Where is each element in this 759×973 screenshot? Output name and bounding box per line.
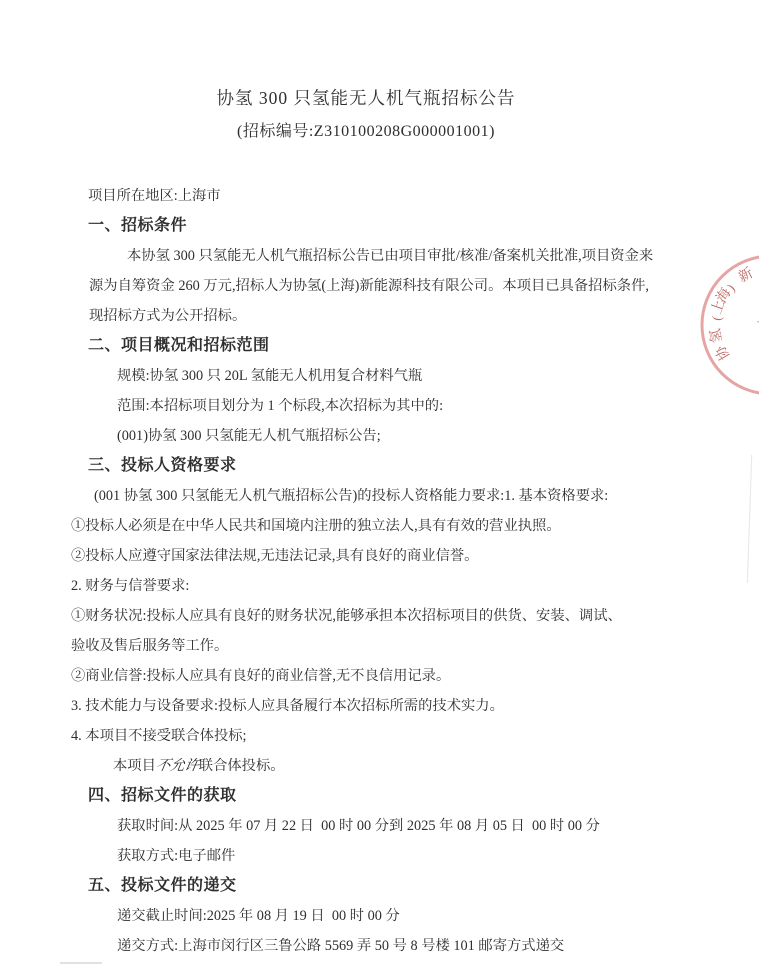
consortium-note-italic: 不允许	[153, 751, 201, 781]
scope-line: 范围:本招标项目划分为 1 个标段,本次招标为其中的:	[71, 391, 671, 421]
section-1-heading: 一、招标条件	[71, 211, 671, 241]
lot-line: (001)协氢 300 只氢能无人机气瓶招标公告;	[71, 421, 671, 451]
star-icon: ★	[754, 305, 759, 347]
consortium-note-suffix: 联合体投标。	[199, 758, 285, 774]
seal-char: 氢	[707, 327, 725, 344]
document-body: 项目所在地区:上海市 一、招标条件 本协氢 300 只氢能无人机气瓶招标公告已由…	[71, 181, 671, 961]
finance-requirement-heading: 2. 财务与信誉要求:	[71, 571, 671, 601]
page-title: 协氢 300 只氢能无人机气瓶招标公告	[71, 82, 661, 115]
section-4-heading: 四、招标文件的获取	[71, 781, 671, 811]
finance-requirement-1-line-2: 验收及售后服务等工作。	[71, 631, 671, 661]
basic-requirement-2: ②投标人应遵守国家法律法规,无违法记录,具有良好的商业信誉。	[71, 541, 671, 571]
region-line: 项目所在地区:上海市	[71, 181, 671, 211]
company-seal-stamp: ★ 协 氢 ( 上 海 ) 新	[660, 250, 759, 400]
seal-char: 协	[711, 342, 733, 363]
section-1-paragraph-line-1: 本协氢 300 只氢能无人机气瓶招标公告已由项目审批/核准/备案机关批准,项目资…	[71, 241, 671, 271]
tech-requirement-line: 3. 技术能力与设备要求:投标人应具备履行本次招标所需的技术实力。	[71, 691, 671, 721]
section-2-heading: 二、项目概况和招标范围	[71, 331, 671, 361]
consortium-line: 4. 本项目不接受联合体投标;	[71, 721, 671, 751]
section-5-heading: 五、投标文件的递交	[71, 871, 671, 901]
submit-method-line: 递交方式:上海市闵行区三鲁公路 5569 弄 50 号 8 号楼 101 邮寄方…	[71, 931, 671, 961]
submit-deadline-line: 递交截止时间:2025 年 08 月 19 日 00 时 00 分	[71, 901, 671, 931]
title-block: 协氢 300 只氢能无人机气瓶招标公告 (招标编号:Z310100208G000…	[71, 82, 661, 148]
seal-char: 新	[736, 265, 756, 286]
section-1-paragraph-line-2: 源为自筹资金 260 万元,招标人为协氢(上海)新能源科技有限公司。本项目已具备…	[71, 271, 671, 301]
tender-number: (招标编号:Z310100208G000001001)	[71, 115, 661, 148]
qualification-intro-line: (001 协氢 300 只氢能无人机气瓶招标公告)的投标人资格能力要求:1. 基…	[71, 481, 671, 511]
section-3-heading: 三、投标人资格要求	[71, 451, 671, 481]
section-1-paragraph-line-3: 现招标方式为公开招标。	[71, 301, 671, 331]
obtain-method-line: 获取方式:电子邮件	[71, 841, 671, 871]
consortium-note-prefix: 本项目	[113, 758, 156, 774]
scan-artifact-dash	[60, 962, 102, 964]
finance-requirement-2: ②商业信誉:投标人应具有良好的商业信誉,无不良信用记录。	[71, 661, 671, 691]
basic-requirement-1: ①投标人必须是在中华人民共和国境内注册的独立法人,具有有效的营业执照。	[71, 511, 671, 541]
scale-line: 规模:协氢 300 只 20L 氢能无人机用复合材料气瓶	[71, 361, 671, 391]
document-page: 协氢 300 只氢能无人机气瓶招标公告 (招标编号:Z310100208G000…	[0, 0, 759, 973]
consortium-note-line: 本项目不允许联合体投标。	[71, 751, 671, 781]
scan-artifact-line	[747, 455, 752, 583]
obtain-time-line: 获取时间:从 2025 年 07 月 22 日 00 时 00 分到 2025 …	[71, 811, 671, 841]
finance-requirement-1-line-1: ①财务状况:投标人应具有良好的财务状况,能够承担本次招标项目的供货、安装、调试、	[71, 601, 671, 631]
